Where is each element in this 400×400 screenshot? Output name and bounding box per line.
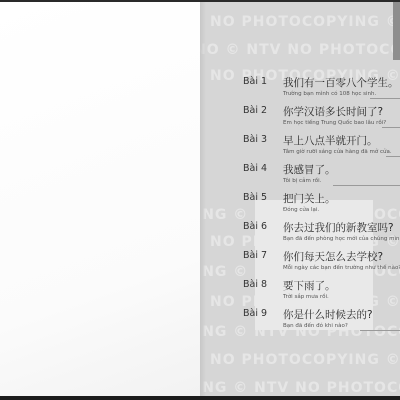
exercise-translation: Đóng cửa lại. (283, 207, 319, 213)
exercise-label: Bài 2 (243, 105, 267, 116)
bottom-border (0, 396, 400, 400)
exercise-chinese: 你是什么时候去的? (283, 307, 373, 322)
exercise-label: Bài 6 (243, 221, 267, 232)
exercise-chinese: 把门关上。 (283, 191, 336, 206)
answer-line[interactable] (333, 185, 400, 186)
exercise-chinese: 你们每天怎么去学校? (283, 249, 383, 264)
exercise-item: Bài 3 早上八点半就开门。 Tâm giờ rưỡi sáng cửa hà… (243, 134, 400, 163)
left-page-blank (0, 2, 200, 396)
exercise-label: Bài 3 (243, 134, 267, 145)
exercise-item: Bài 7 你们每天怎么去学校? Mỗi ngày các bạn đến tr… (243, 250, 400, 279)
exercise-item: Bài 2 你学汉语多长时间了? Em học tiếng Trung Quốc… (243, 105, 400, 134)
exercise-chinese: 要下雨了。 (283, 278, 336, 293)
watermark-text: NO © NTV NO PHOTOCOPYING (200, 42, 400, 58)
answer-line[interactable] (370, 98, 400, 99)
exercise-item: Bài 6 你去过我们的新教室吗? Bạn đã đến phòng học m… (243, 221, 400, 250)
exercise-item: Bài 9 你是什么时候去的? Bạn đã đến đó khi nào? (243, 308, 400, 337)
watermark-text: NO PHOTOCOPYING © NTV (210, 352, 400, 368)
exercise-chinese: 早上八点半就开门。 (283, 133, 378, 148)
exercise-label: Bài 8 (243, 279, 267, 290)
exercise-item: Bài 1 我们有一百零八个学生。 Trường bạn mình có 108… (243, 76, 400, 105)
answer-line[interactable] (386, 156, 400, 157)
exercise-list: Bài 1 我们有一百零八个学生。 Trường bạn mình có 108… (243, 76, 400, 337)
exercise-chinese: 你学汉语多长时间了? (283, 104, 383, 119)
watermark-text: ING © NTV NO PHOTOCOPYING (200, 380, 400, 396)
exercise-item: Bài 8 要下雨了。 Trời sắp mưa rồi. (243, 279, 400, 308)
answer-line[interactable] (360, 330, 400, 331)
exercise-translation: Trời sắp mưa rồi. (283, 294, 329, 300)
exercise-translation: Mỗi ngày các bạn đến trường như thế nào? (283, 265, 400, 271)
exercise-translation: Em học tiếng Trung Quốc bao lâu rồi? (283, 120, 386, 126)
exercise-label: Bài 9 (243, 308, 267, 319)
exercise-item: Bài 4 我感冒了。 Tôi bị cảm rồi. (243, 163, 400, 192)
exercise-label: Bài 5 (243, 192, 267, 203)
exercise-chinese: 我感冒了。 (283, 162, 336, 177)
exercise-label: Bài 7 (243, 250, 267, 261)
page-gutter (200, 2, 206, 396)
page-tab-marker (393, 2, 400, 60)
exercise-translation: Bạn đã đến phòng học mới của chúng mình (283, 236, 400, 242)
answer-line[interactable] (382, 127, 400, 128)
exercise-chinese: 我们有一百零八个学生。 (283, 75, 399, 90)
exercise-translation: Tâm giờ rưỡi sáng cửa hàng đã mở cửa. (283, 149, 392, 155)
exercise-translation: Bạn đã đến đó khi nào? (283, 323, 348, 329)
exercise-label: Bài 4 (243, 163, 267, 174)
exercise-chinese: 你去过我们的新教室吗? (283, 220, 394, 235)
exercise-label: Bài 1 (243, 76, 267, 87)
exercise-translation: Tôi bị cảm rồi. (283, 178, 321, 184)
exercise-translation: Trường bạn mình có 108 học sinh. (283, 91, 376, 97)
watermark-text: NO PHOTOCOPYING © NTV (210, 14, 400, 30)
exercise-item: Bài 5 把门关上。 Đóng cửa lại. (243, 192, 400, 221)
